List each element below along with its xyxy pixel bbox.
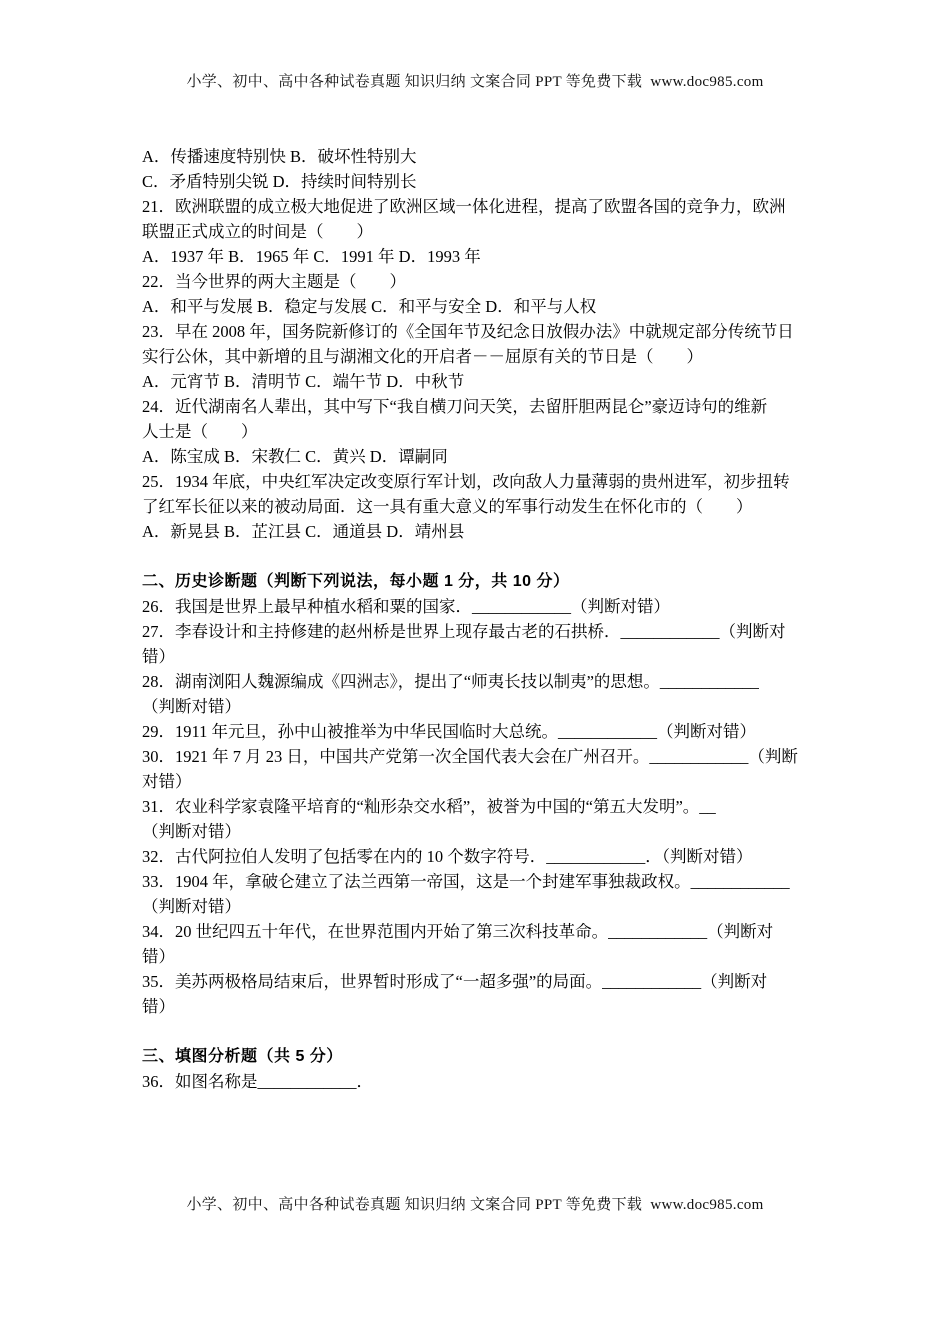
page-footer-watermark: 小学、初中、高中各种试卷真题 知识归纳 文案合同 PPT 等免费下载 www.d… [0,1193,950,1214]
question-20-options-cd: C．矛盾特别尖锐 D．持续时间特别长 [142,169,842,194]
question-28-line2: （判断对错） [142,694,842,719]
question-21-options: A．1937 年 B．1965 年 C．1991 年 D．1993 年 [142,244,842,269]
question-25-line1: 25．1934 年底，中央红军决定改变原行军计划，改向敌人力量薄弱的贵州进军，初… [142,469,842,494]
question-31-line1: 31．农业科学家袁隆平培育的“籼形杂交水稻”，被誉为中国的“第五大发明”。__ [142,794,842,819]
question-25-line2: 了红军长征以来的被动局面．这一具有重大意义的军事行动发生在怀化市的（ ） [142,494,842,519]
question-22: 22．当今世界的两大主题是（ ） [142,269,842,294]
question-31-line2: （判断对错） [142,819,842,844]
section-2-heading: 二、历史诊断题（判断下列说法，每小题 1 分，共 10 分） [142,569,842,594]
question-32: 32．古代阿拉伯人发明了包括零在内的 10 个数字符号．____________… [142,844,842,869]
question-22-options: A．和平与发展 B．稳定与发展 C．和平与安全 D．和平与人权 [142,294,842,319]
question-29: 29．1911 年元旦，孙中山被推举为中华民国临时大总统。___________… [142,719,842,744]
question-23-options: A．元宵节 B．清明节 C．端午节 D．中秋节 [142,369,842,394]
question-35-line1: 35．美苏两极格局结束后，世界暂时形成了“一超多强”的局面。__________… [142,969,842,994]
question-28-line1: 28．湖南浏阳人魏源编成《四洲志》，提出了“师夷长技以制夷”的思想。______… [142,669,842,694]
question-24-line2: 人士是（ ） [142,419,842,444]
question-30-line1: 30．1921 年 7 月 23 日，中国共产党第一次全国代表大会在广州召开。_… [142,744,842,769]
question-33-line2: （判断对错） [142,894,842,919]
question-27-line2: 错） [142,644,842,669]
question-21-line2: 联盟正式成立的时间是（ ） [142,219,842,244]
question-27-line1: 27．李春设计和主持修建的赵州桥是世界上现存最古老的石拱桥．__________… [142,619,842,644]
question-36: 36．如图名称是____________． [142,1069,842,1094]
question-21-line1: 21．欧洲联盟的成立极大地促进了欧洲区域一体化进程，提高了欧盟各国的竞争力，欧洲 [142,194,842,219]
question-25-options: A．新晃县 B．芷江县 C．通道县 D．靖州县 [142,519,842,544]
page-header-watermark: 小学、初中、高中各种试卷真题 知识归纳 文案合同 PPT 等免费下载 www.d… [0,70,950,91]
section-3-heading: 三、填图分析题（共 5 分） [142,1044,842,1069]
question-24-line1: 24．近代湖南名人辈出，其中写下“我自横刀问天笑，去留肝胆两昆仑”豪迈诗句的维新 [142,394,842,419]
question-30-line2: 对错） [142,769,842,794]
question-20-options-ab: A．传播速度特别快 B．破坏性特别大 [142,144,842,169]
question-24-options: A．陈宝成 B．宋教仁 C．黄兴 D．谭嗣同 [142,444,842,469]
question-26: 26．我国是世界上最早种植水稻和粟的国家．____________（判断对错） [142,594,842,619]
question-34-line2: 错） [142,944,842,969]
question-23-line2: 实行公休，其中新增的且与湖湘文化的开启者－－屈原有关的节日是（ ） [142,344,842,369]
question-33-line1: 33．1904 年，拿破仑建立了法兰西第一帝国，这是一个封建军事独裁政权。___… [142,869,842,894]
question-34-line1: 34．20 世纪四五十年代，在世界范围内开始了第三次科技革命。_________… [142,919,842,944]
question-35-line2: 错） [142,994,842,1019]
document-body: A．传播速度特别快 B．破坏性特别大 C．矛盾特别尖锐 D．持续时间特别长 21… [142,144,842,1094]
question-23-line1: 23．早在 2008 年，国务院新修订的《全国年节及纪念日放假办法》中就规定部分… [142,319,842,344]
